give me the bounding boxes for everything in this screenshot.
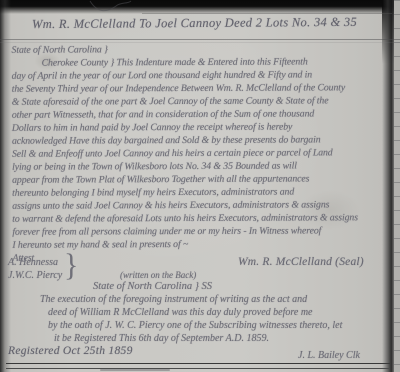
witness-name: J.W.C. Piercy: [8, 270, 62, 283]
witness-name: A. Hennessa: [8, 257, 62, 270]
ledger-rule-top: [142, 13, 392, 14]
probate-line: by the oath of J. W. C. Piercy one of th…: [40, 319, 342, 332]
entry-divider-rule: [6, 363, 390, 369]
registration-date-note: Registered Oct 25th 1859: [8, 345, 133, 357]
deed-body-line: appear from the Town Plat of Wilkesboro …: [12, 172, 358, 187]
deed-body-line: Sell & and Enfeoff unto Joel Cannoy and …: [12, 146, 358, 161]
stray-pen-flourish-mark: [88, 0, 132, 15]
deed-index-heading: Wm. R. McClelland To Joel Cannoy Deed 2 …: [32, 15, 357, 32]
deed-body: State of North Carolina } Cherokee Count…: [12, 42, 359, 265]
clerk-signature: J. L. Bailey Clk: [298, 350, 360, 361]
deed-register-page-scan: Wm. R. McClelland To Joel Cannoy Deed 2 …: [0, 0, 400, 372]
scan-edge-left: [0, 0, 11, 372]
back-note: (written on the Back): [120, 270, 196, 280]
probate-text: The execution of the foregoing instrumen…: [40, 293, 342, 345]
grantor-signature: Wm. R. McClelland (Seal): [238, 256, 364, 268]
deed-body-line: other part Witnesseth, that for and in c…: [12, 107, 358, 122]
deed-body-line: forever free from all persons claiming u…: [12, 224, 358, 239]
probate-line: deed of William R McClelland was this da…: [40, 306, 342, 319]
next-entry-fragment: [100, 369, 170, 371]
probate-heading: State of North Carolina } SS: [93, 281, 212, 292]
adjacent-page-sliver: [394, 0, 400, 372]
witness-brace: }: [64, 248, 78, 284]
probate-line: The execution of the foregoing instrumen…: [40, 293, 342, 306]
scan-edge-top: [0, 0, 400, 14]
probate-line: it be Registered This 6th day of Septemb…: [40, 332, 342, 345]
ledger-rule-under-heading: [0, 39, 400, 40]
witness-list: A. Hennessa J.W.C. Piercy: [8, 257, 62, 283]
